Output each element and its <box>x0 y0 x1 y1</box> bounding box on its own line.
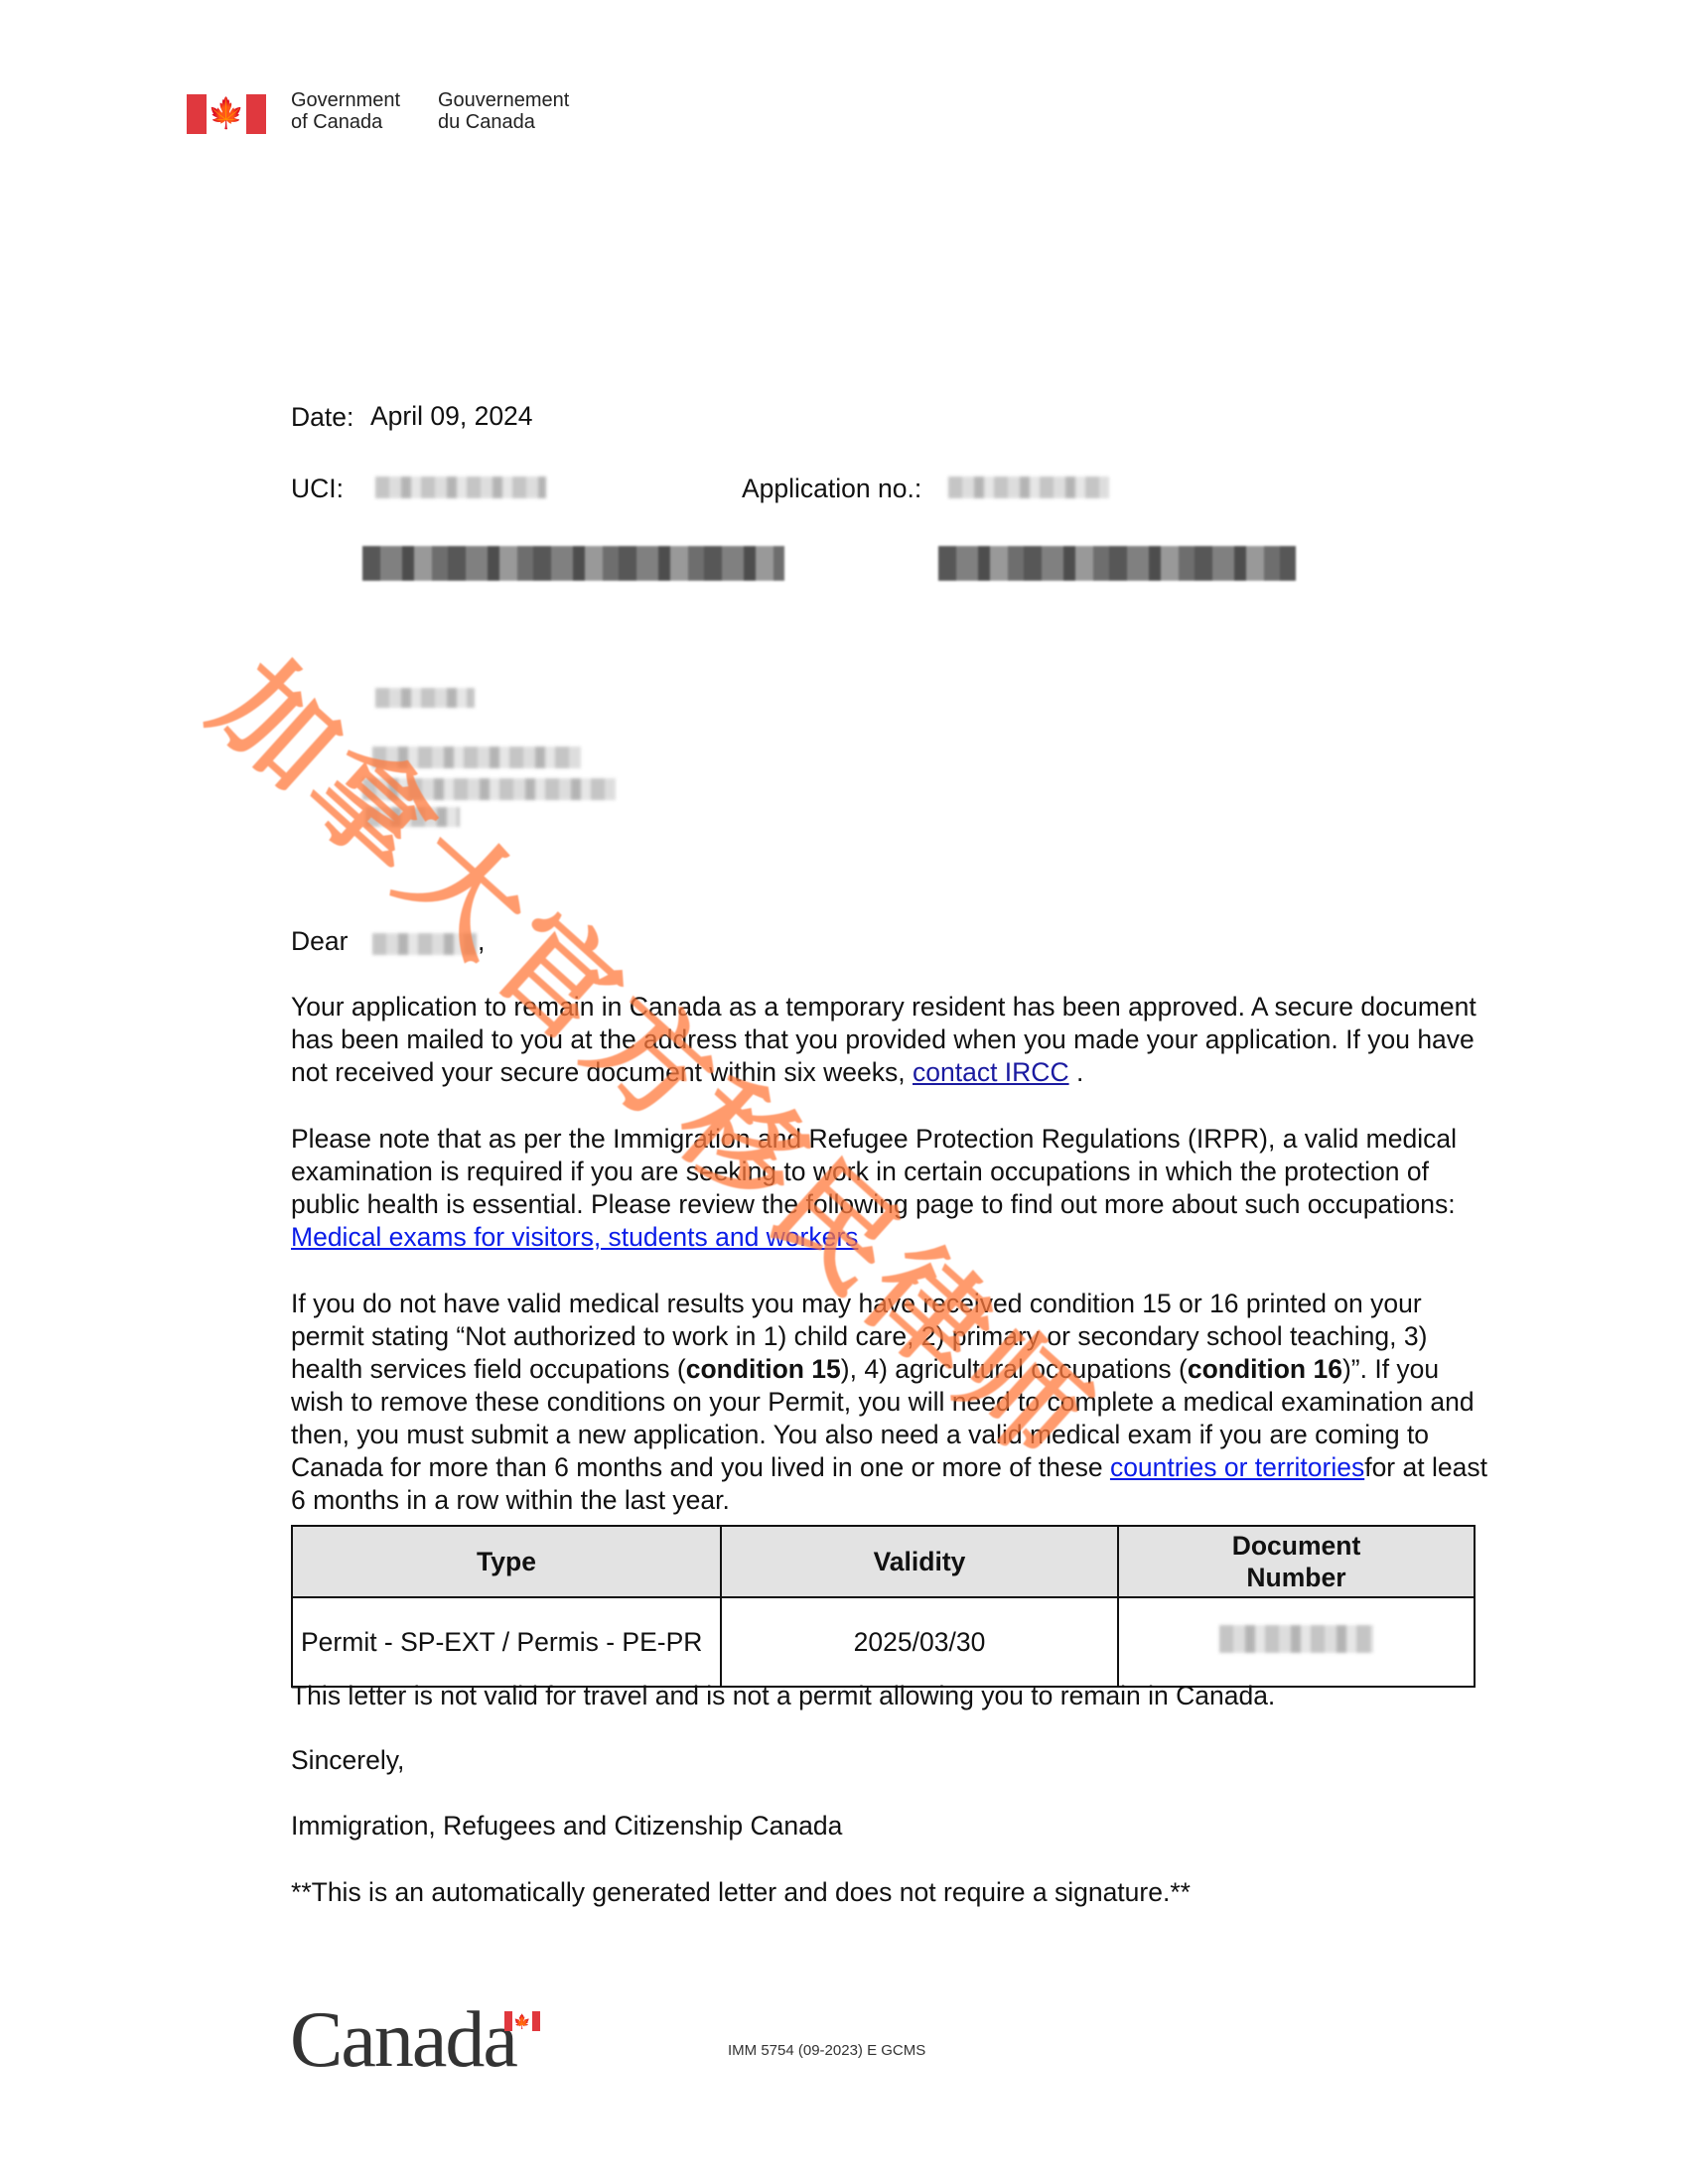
date-label: Date: <box>291 402 353 433</box>
documents-table: Type Validity Document Number Permit - S… <box>291 1525 1476 1688</box>
form-code: IMM 5754 (09-2023) E GCMS <box>728 2042 925 2059</box>
address-line-3-redacted <box>362 778 616 800</box>
canada-wordmark: Canada <box>290 1995 516 2086</box>
date-value: April 09, 2024 <box>370 401 533 432</box>
cell-document-number <box>1118 1597 1475 1687</box>
uci-value-redacted <box>375 477 546 498</box>
recipient-name-redacted <box>372 933 477 955</box>
conditions-paragraph: If you do not have valid medical results… <box>291 1288 1492 1517</box>
org-fr-line2: du Canada <box>438 111 569 133</box>
government-signature-en: Government of Canada <box>291 89 400 133</box>
table-header-row: Type Validity Document Number <box>292 1526 1475 1597</box>
org-fr-line1: Gouvernement <box>438 89 569 111</box>
sign-off: Sincerely, <box>291 1745 404 1776</box>
auto-generated-note: **This is an automatically generated let… <box>291 1877 1191 1908</box>
signatory: Immigration, Refugees and Citizenship Ca… <box>291 1811 842 1842</box>
barcode-right-redacted <box>938 546 1296 581</box>
address-line-4-redacted <box>365 807 460 827</box>
salutation: Dear <box>291 926 348 957</box>
org-en-line1: Government <box>291 89 400 111</box>
condition-15: condition 15 <box>686 1354 841 1384</box>
table-row: Permit - SP-EXT / Permis - PE-PR 2025/03… <box>292 1597 1475 1687</box>
cell-validity: 2025/03/30 <box>721 1597 1118 1687</box>
application-no-label: Application no.: <box>742 474 921 504</box>
column-header-document-number: Document Number <box>1118 1526 1475 1597</box>
wordmark-flag-icon: 🍁 <box>504 2011 540 2031</box>
government-signature-fr: Gouvernement du Canada <box>438 89 569 133</box>
column-header-validity: Validity <box>721 1526 1118 1597</box>
contact-ircc-link[interactable]: contact IRCC <box>913 1057 1069 1087</box>
document-number-redacted <box>1219 1625 1373 1653</box>
org-en-line2: of Canada <box>291 111 400 133</box>
salutation-comma: , <box>478 926 485 957</box>
address-line-2-redacted <box>372 747 581 768</box>
column-header-type: Type <box>292 1526 721 1597</box>
canada-flag-icon: 🍁 <box>187 94 266 134</box>
medical-exams-link[interactable]: Medical exams for visitors, students and… <box>291 1222 858 1252</box>
medical-exam-paragraph: Please note that as per the Immigration … <box>291 1123 1492 1254</box>
application-no-redacted <box>948 477 1109 498</box>
validity-notice: This letter is not valid for travel and … <box>291 1681 1275 1711</box>
approval-paragraph: Your application to remain in Canada as … <box>291 991 1492 1089</box>
cell-type: Permit - SP-EXT / Permis - PE-PR <box>292 1597 721 1687</box>
address-line-1-redacted <box>375 688 475 708</box>
uci-label: UCI: <box>291 474 344 504</box>
countries-territories-link[interactable]: countries or territories <box>1110 1452 1364 1482</box>
condition-16: condition 16 <box>1188 1354 1342 1384</box>
barcode-left-redacted <box>362 546 784 581</box>
